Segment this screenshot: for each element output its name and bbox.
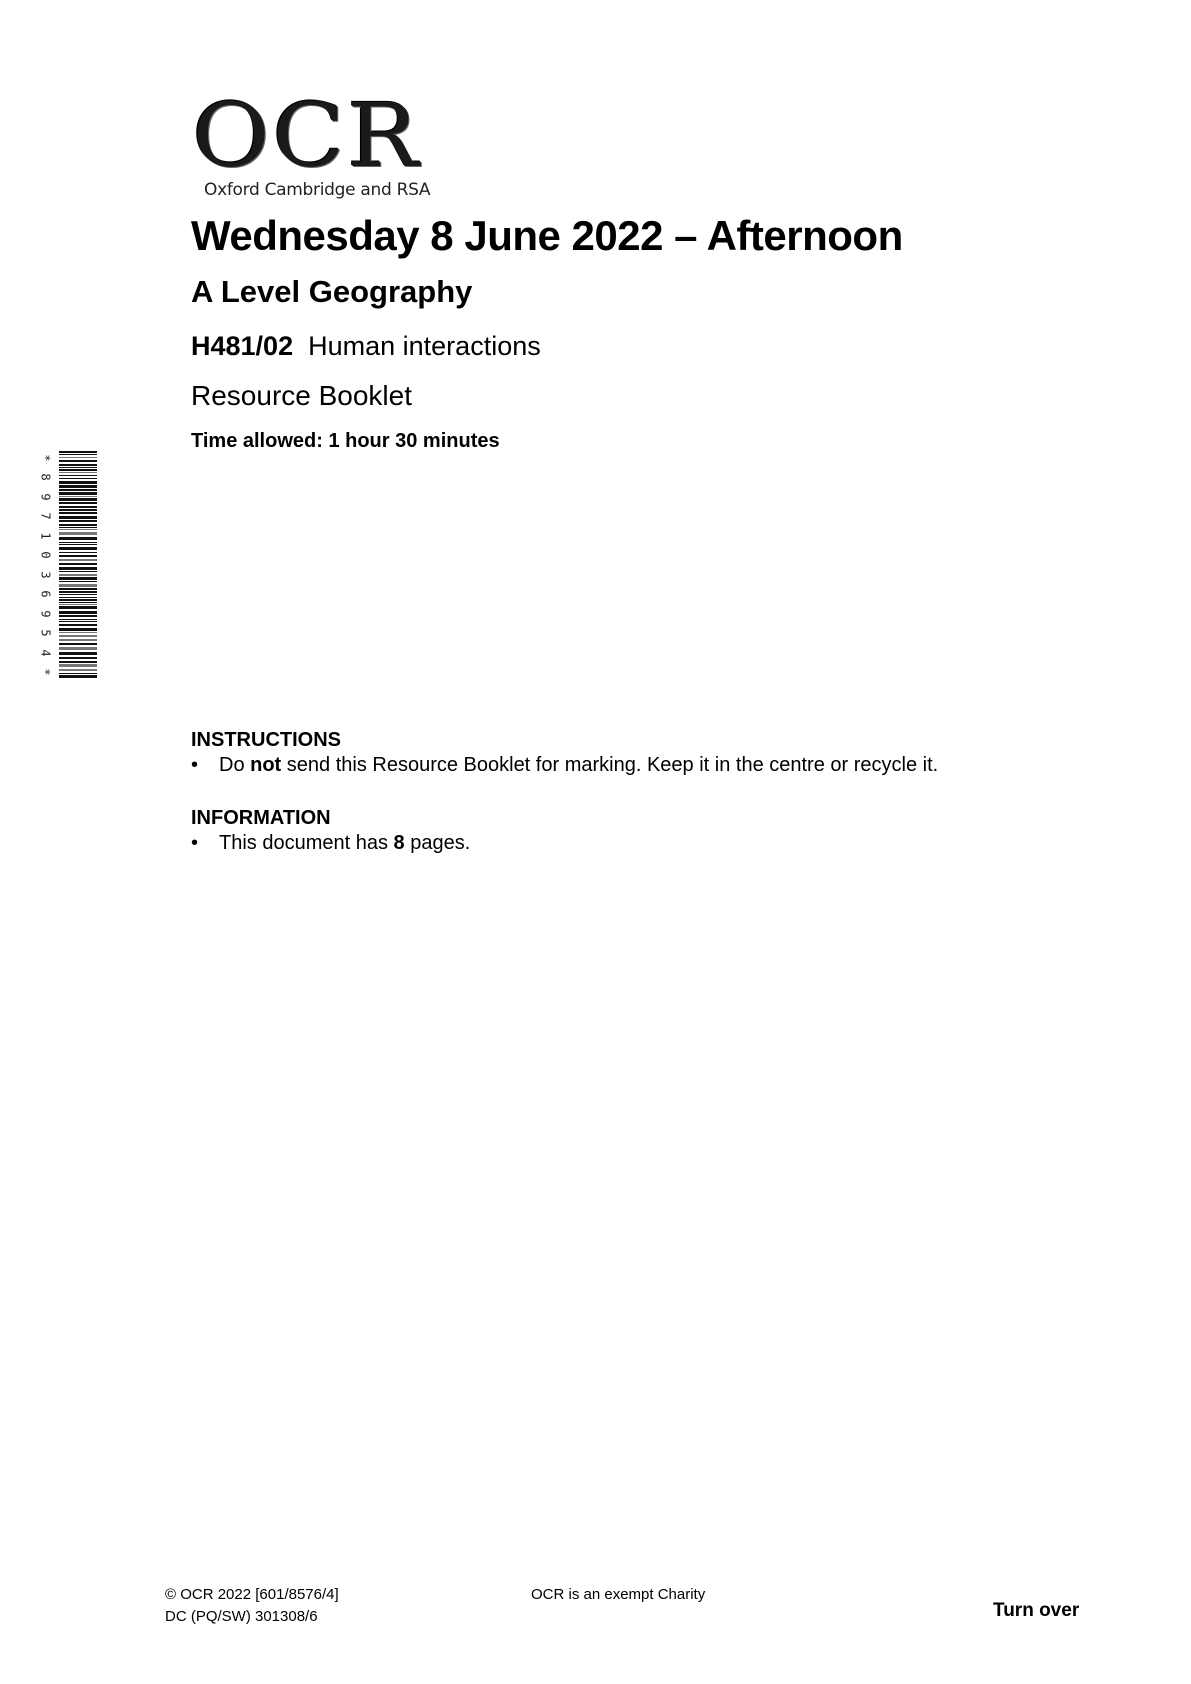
- ocr-logo: OCR Oxford Cambridge and RSA: [192, 96, 432, 200]
- text: pages.: [405, 832, 471, 854]
- paper-name: Human interactions: [308, 331, 541, 361]
- bullet: •: [191, 754, 219, 777]
- exam-date: Wednesday 8 June 2022 – Afternoon: [191, 212, 903, 260]
- barcode-digits: *8971036954*: [38, 451, 54, 679]
- barcode-digit: 0: [39, 552, 53, 559]
- booklet-type: Resource Booklet: [191, 380, 412, 412]
- barcode-digit: 6: [39, 591, 53, 598]
- text: This document has: [219, 832, 394, 854]
- footer-left: © OCR 2022 [601/8576/4] DC (PQ/SW) 30130…: [165, 1584, 339, 1628]
- qualification-title: A Level Geography: [191, 274, 472, 310]
- text: Do: [219, 754, 250, 776]
- bullet: •: [191, 832, 219, 855]
- barcode-digit: 8: [39, 474, 53, 481]
- instruction-item: • Do not send this Resource Booklet for …: [191, 754, 938, 777]
- instructions-heading: INSTRUCTIONS: [191, 729, 938, 752]
- barcode-icon: [59, 451, 97, 679]
- paper-code: H481/02: [191, 331, 293, 361]
- document-code: DC (PQ/SW) 301308/6: [165, 1606, 339, 1628]
- barcode-digit: *: [39, 668, 53, 675]
- text: send this Resource Booklet for marking. …: [281, 754, 938, 776]
- barcode-digit: 7: [39, 513, 53, 520]
- barcode-digit: 4: [39, 649, 53, 656]
- barcode-digit: *: [39, 454, 53, 461]
- charity-note: OCR is an exempt Charity: [531, 1584, 705, 1606]
- information-item: • This document has 8 pages.: [191, 832, 470, 855]
- emphasis: 8: [394, 832, 405, 854]
- barcode-digit: 9: [39, 493, 53, 500]
- information-section: INFORMATION • This document has 8 pages.: [191, 807, 470, 855]
- barcode-digit: 1: [39, 532, 53, 539]
- turn-over: Turn over: [993, 1600, 1079, 1622]
- barcode-digit: 9: [39, 610, 53, 617]
- barcode-digit: 3: [39, 571, 53, 578]
- instructions-section: INSTRUCTIONS • Do not send this Resource…: [191, 729, 938, 777]
- time-allowed: Time allowed: 1 hour 30 minutes: [191, 430, 500, 453]
- barcode-digit: 5: [39, 629, 53, 636]
- logo-mark: OCR: [192, 96, 451, 176]
- emphasis: not: [250, 754, 281, 776]
- information-heading: INFORMATION: [191, 807, 470, 830]
- paper-title: H481/02 Human interactions: [191, 331, 541, 362]
- copyright: © OCR 2022 [601/8576/4]: [165, 1584, 339, 1606]
